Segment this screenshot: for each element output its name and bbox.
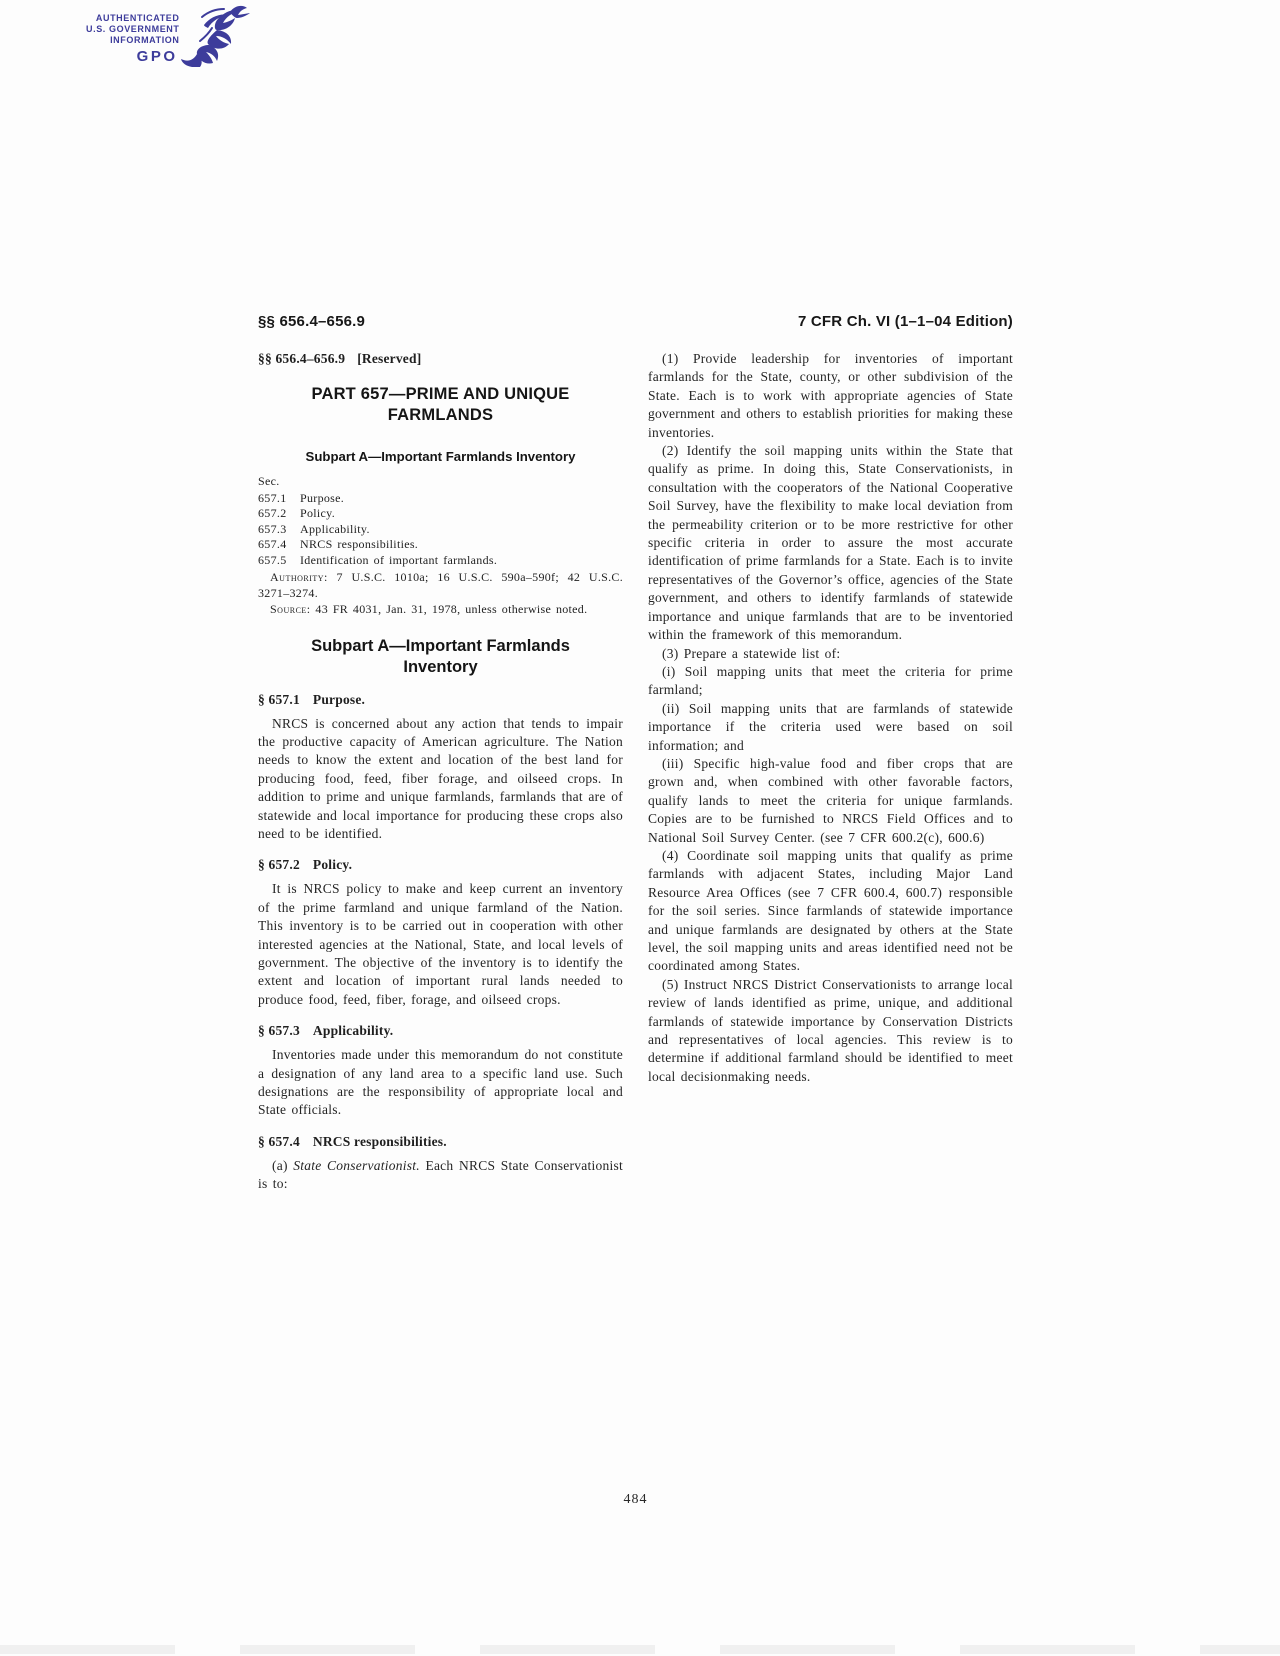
gpo-logo: AUTHENTICATED U.S. GOVERNMENT INFORMATIO…: [86, 3, 254, 72]
page-number: 484: [258, 1492, 1013, 1508]
section-657-1-heading: § 657.1Purpose.: [258, 691, 623, 708]
subpart-toc-heading: Subpart A—Important Farmlands Inventory: [258, 449, 623, 465]
toc-section-number: 657.1: [258, 491, 300, 507]
toc-row: 657.4 NRCS responsibilities.: [258, 537, 623, 553]
section-657-2-body: It is NRCS policy to make and keep curre…: [258, 880, 623, 1009]
toc-row: 657.2 Policy.: [258, 506, 623, 522]
toc-section-number: 657.3: [258, 522, 300, 538]
subpart-main-heading-line2: Inventory: [258, 657, 623, 678]
toc-row: 657.5 Identification of important farmla…: [258, 553, 623, 569]
toc-section-title: Applicability.: [300, 522, 370, 538]
paragraph-3iii: (iii) Specific high-value food and fiber…: [648, 755, 1013, 847]
part-heading-line2: FARMLANDS: [258, 405, 623, 426]
toc-row: 657.1 Purpose.: [258, 491, 623, 507]
running-header-left: §§ 656.4–656.9: [258, 313, 365, 330]
authority-label: Authority:: [270, 570, 328, 584]
section-657-3-heading: § 657.3Applicability.: [258, 1022, 623, 1039]
gpo-logo-line3: INFORMATION: [86, 35, 180, 46]
source-text: 43 FR 4031, Jan. 31, 1978, unless otherw…: [311, 602, 588, 616]
section-657-1-body: NRCS is concerned about any action that …: [258, 715, 623, 844]
section-657-2-number: § 657.2: [258, 857, 300, 872]
toc-row: 657.3 Applicability.: [258, 522, 623, 538]
part-heading-line1: PART 657—PRIME AND UNIQUE: [258, 384, 623, 405]
running-header: §§ 656.4–656.9 7 CFR Ch. VI (1–1–04 Edit…: [258, 313, 1013, 330]
section-table-of-contents: Sec. 657.1 Purpose. 657.2 Policy. 657.3 …: [258, 474, 623, 569]
document-page: AUTHENTICATED U.S. GOVERNMENT INFORMATIO…: [0, 0, 1280, 1656]
reserved-section-number: §§ 656.4–656.9: [258, 351, 345, 366]
section-657-4-heading: § 657.4NRCS responsibilities.: [258, 1133, 623, 1150]
right-column: (1) Provide leadership for inventories o…: [648, 350, 1013, 1194]
subpart-main-heading: Subpart A—Important Farmlands Inventory: [258, 636, 623, 678]
paragraph-3i: (i) Soil mapping units that meet the cri…: [648, 663, 1013, 700]
running-header-right: 7 CFR Ch. VI (1–1–04 Edition): [798, 313, 1013, 330]
section-657-2-title: Policy.: [313, 857, 352, 872]
reserved-label: [Reserved]: [357, 351, 421, 366]
paragraph-3: (3) Prepare a statewide list of:: [648, 645, 1013, 663]
section-657-3-number: § 657.3: [258, 1023, 300, 1038]
eagle-icon: [174, 3, 254, 72]
gpo-logo-line2: U.S. GOVERNMENT: [86, 24, 180, 35]
section-657-1-number: § 657.1: [258, 692, 300, 707]
para-a-lead: (a): [272, 1158, 293, 1173]
toc-section-title: NRCS responsibilities.: [300, 537, 418, 553]
section-657-1-title: Purpose.: [313, 692, 365, 707]
section-657-3-body: Inventories made under this memorandum d…: [258, 1046, 623, 1120]
section-657-4-number: § 657.4: [258, 1134, 300, 1149]
authority-note: Authority: 7 U.S.C. 1010a; 16 U.S.C. 590…: [258, 569, 623, 601]
toc-section-title: Identification of important farmlands.: [300, 553, 497, 569]
subpart-main-heading-line1: Subpart A—Important Farmlands: [258, 636, 623, 657]
paragraph-5: (5) Instruct NRCS District Conservationi…: [648, 976, 1013, 1086]
toc-section-number: 657.4: [258, 537, 300, 553]
gpo-logo-gpo: GPO: [86, 49, 180, 65]
paragraph-1: (1) Provide leadership for inventories o…: [648, 350, 1013, 442]
source-note: Source: 43 FR 4031, Jan. 31, 1978, unles…: [258, 601, 623, 617]
two-column-body: §§ 656.4–656.9[Reserved] PART 657—PRIME …: [258, 350, 1013, 1194]
toc-section-number: 657.2: [258, 506, 300, 522]
toc-section-number: 657.5: [258, 553, 300, 569]
source-label: Source:: [270, 602, 311, 616]
paragraph-3ii: (ii) Soil mapping units that are farmlan…: [648, 700, 1013, 755]
section-657-4-title: NRCS responsibilities.: [313, 1134, 447, 1149]
toc-section-title: Purpose.: [300, 491, 344, 507]
paragraph-4: (4) Coordinate soil mapping units that q…: [648, 847, 1013, 976]
part-heading: PART 657—PRIME AND UNIQUE FARMLANDS: [258, 384, 623, 426]
section-657-2-heading: § 657.2Policy.: [258, 856, 623, 873]
toc-section-title: Policy.: [300, 506, 335, 522]
paragraph-2: (2) Identify the soil mapping units with…: [648, 442, 1013, 644]
scan-artifact-strip: [0, 1645, 1280, 1654]
para-a-italic: State Conservationist.: [293, 1158, 420, 1173]
section-657-4-paragraph-a: (a) State Conservationist. Each NRCS Sta…: [258, 1157, 623, 1194]
gpo-logo-text: AUTHENTICATED U.S. GOVERNMENT INFORMATIO…: [86, 3, 180, 65]
left-column: §§ 656.4–656.9[Reserved] PART 657—PRIME …: [258, 350, 623, 1194]
reserved-section-heading: §§ 656.4–656.9[Reserved]: [258, 350, 623, 367]
sec-label: Sec.: [258, 474, 623, 490]
gpo-logo-line1: AUTHENTICATED: [86, 13, 180, 24]
section-657-3-title: Applicability.: [313, 1023, 393, 1038]
